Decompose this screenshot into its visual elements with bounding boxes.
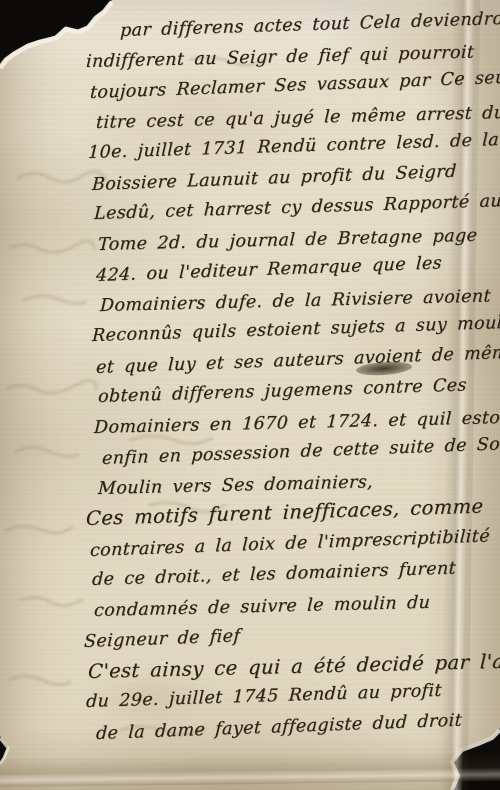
handwritten-text-block: par differens actes tout Cela deviendroi… (86, 16, 498, 748)
scan-background: par differens actes tout Cela deviendroi… (0, 0, 500, 790)
